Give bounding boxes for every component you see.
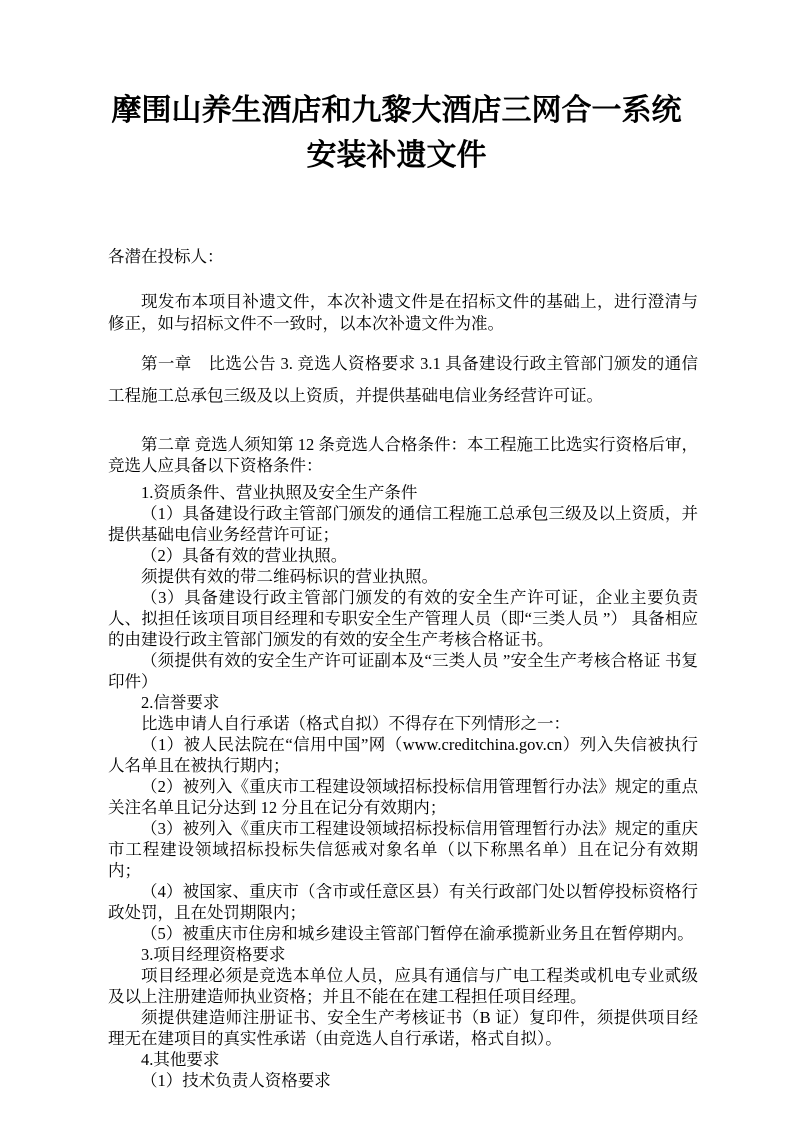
salutation: 各潜在投标人：	[108, 246, 698, 267]
paragraph: （3）被列入《重庆市工程建设领域招标投标信用管理暂行办法》规定的重庆市工程建设领…	[108, 818, 698, 881]
paragraph: （3）具备建设行政主管部门颁发的有效的安全生产许可证，企业主要负责人、拟担任该项…	[108, 587, 698, 650]
paragraph-intro: 现发布本项目补遗文件，本次补遗文件是在招标文件的基础上，进行澄清与修正，如与招标…	[108, 291, 698, 335]
paragraph: （2）被列入《重庆市工程建设领域招标投标信用管理暂行办法》规定的重点关注名单且记…	[108, 776, 698, 818]
document-title-line-1: 摩围山养生酒店和九黎大酒店三网合一系统	[0, 88, 793, 133]
paragraph-chapter-2: 第二章 竞选人须知第 12 条竞选人合格条件：本工程施工比选实行资格后审，竞选人…	[108, 434, 698, 476]
paragraph: （1）被人民法院在“信用中国”网（www.creditchina.gov.cn）…	[108, 734, 698, 776]
paragraph-item-4-heading: 4.其他要求	[108, 1049, 698, 1070]
paragraph-item-1-heading: 1.资质条件、营业执照及安全生产条件	[108, 482, 698, 503]
paragraph: 须提供有效的带二维码标识的营业执照。	[108, 566, 698, 587]
paragraph-item-3-heading: 3.项目经理资格要求	[108, 944, 698, 965]
paragraph: （4）被国家、重庆市（含市或任意区县）有关行政部门处以暂停投标资格行政处罚，且在…	[108, 881, 698, 923]
paragraph: 须提供建造师注册证书、安全生产考核证书（B 证）复印件，须提供项目经理无在建项目…	[108, 1007, 698, 1049]
paragraph: 项目经理必须是竞选本单位人员，应具有通信与广电工程类或机电专业贰级及以上注册建造…	[108, 965, 698, 1007]
paragraph: （须提供有效的安全生产许可证副本及“三类人员 ”安全生产考核合格证 书复印件）	[108, 650, 698, 692]
paragraph: （1）具备建设行政主管部门颁发的通信工程施工总承包三级及以上资质，并提供基础电信…	[108, 503, 698, 545]
paragraph: （1）技术负责人资格要求	[108, 1070, 698, 1091]
document-title: 摩围山养生酒店和九黎大酒店三网合一系统 安装补遗文件	[0, 0, 793, 178]
paragraph-chapter-1: 第一章 比选公告 3. 竞选人资格要求 3.1 具备建设行政主管部门颁发的通信工…	[108, 348, 698, 412]
paragraph-item-2-heading: 2.信誉要求	[108, 692, 698, 713]
paragraph: （5）被重庆市住房和城乡建设主管部门暂停在渝承揽新业务且在暂停期内。	[108, 923, 698, 944]
document-body: 各潜在投标人： 现发布本项目补遗文件，本次补遗文件是在招标文件的基础上，进行澄清…	[108, 246, 698, 1091]
document-page: 摩围山养生酒店和九黎大酒店三网合一系统 安装补遗文件 各潜在投标人： 现发布本项…	[0, 0, 793, 1122]
document-title-line-2: 安装补遗文件	[0, 133, 793, 178]
paragraph: （2）具备有效的营业执照。	[108, 545, 698, 566]
paragraph: 比选申请人自行承诺（格式自拟）不得存在下列情形之一：	[108, 713, 698, 734]
